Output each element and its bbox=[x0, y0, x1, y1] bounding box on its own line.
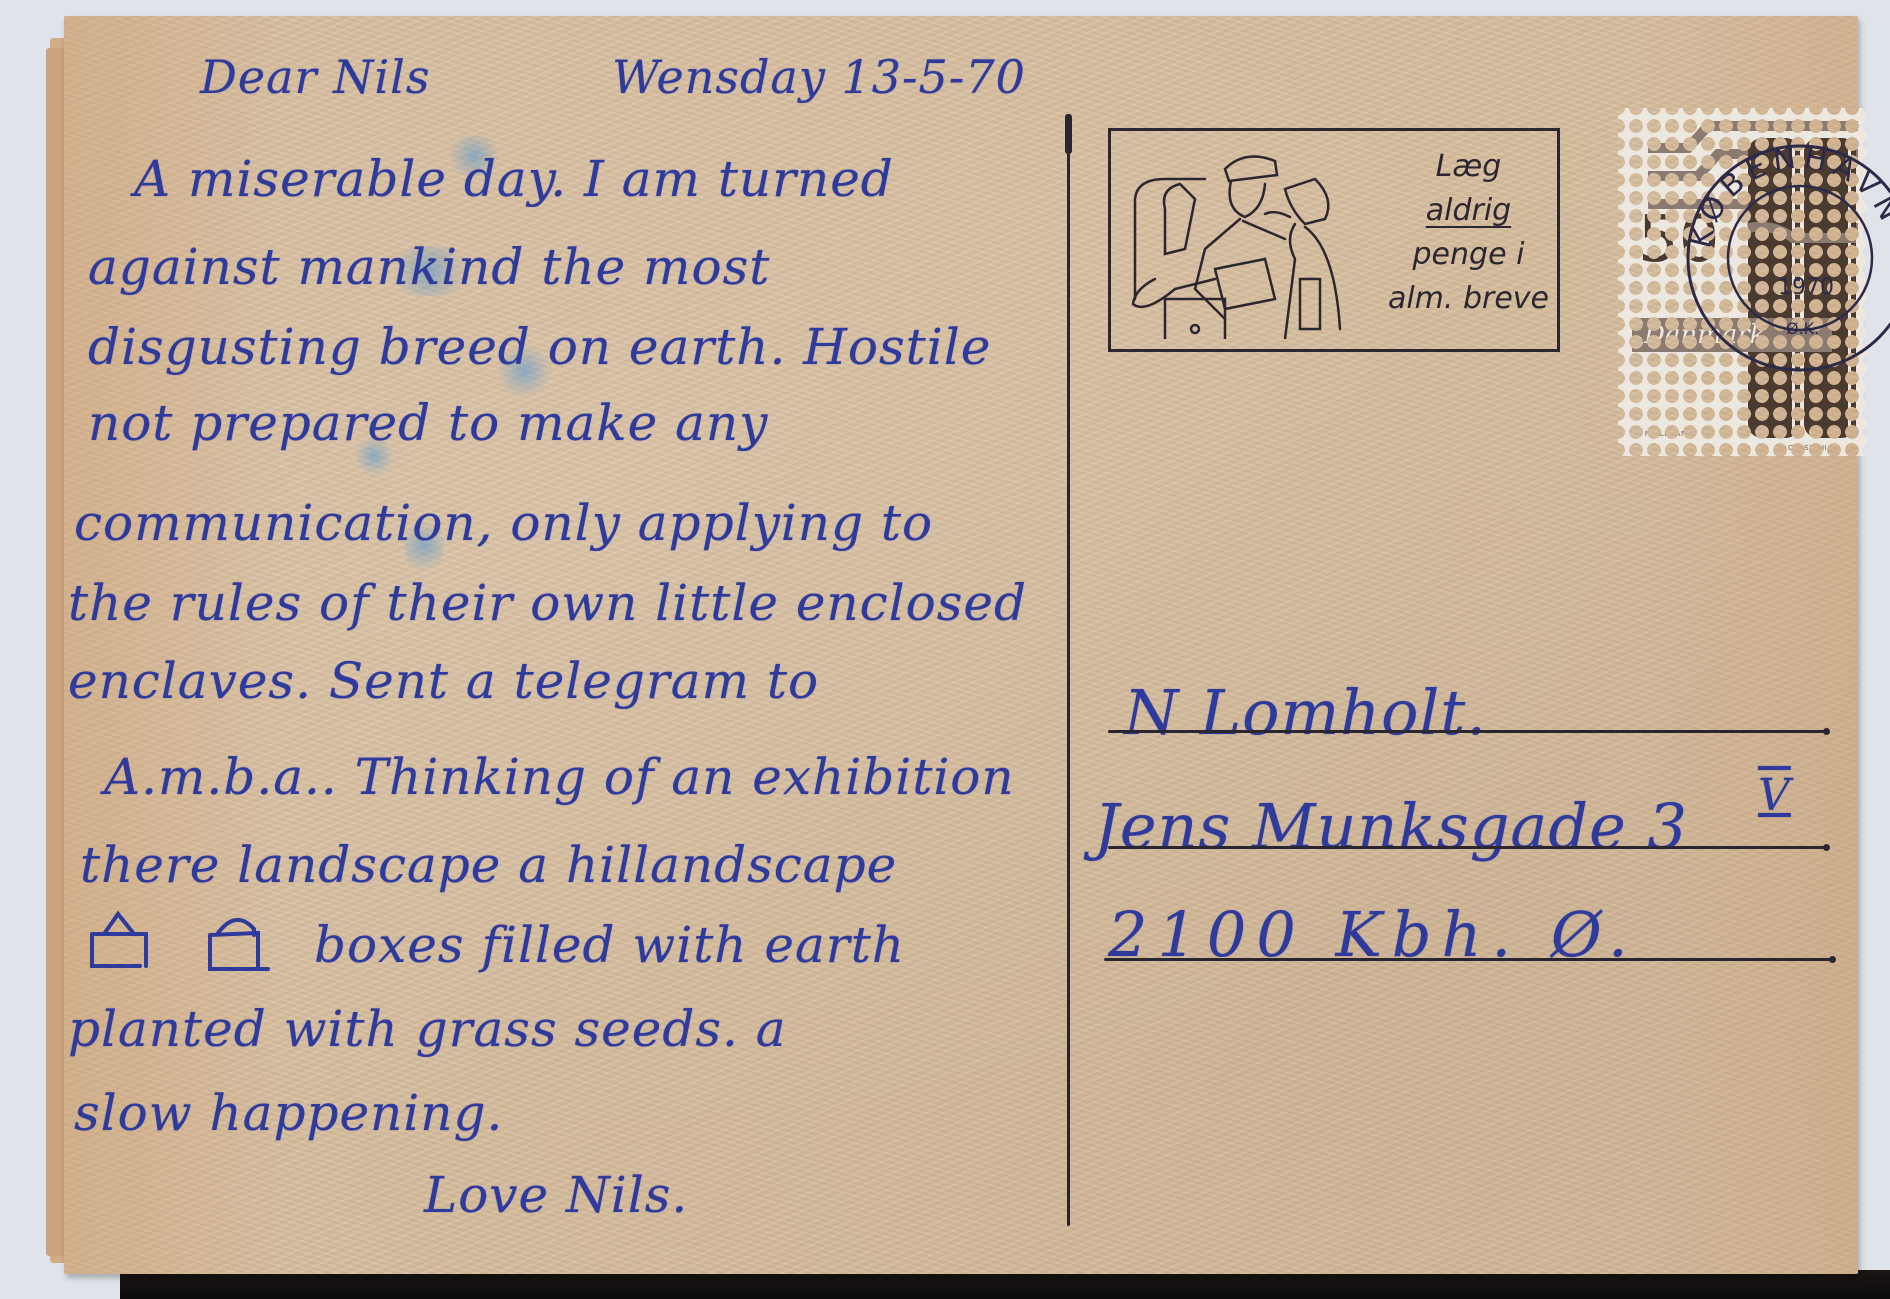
stamp-engraver-credit: CZ. SLANIA bbox=[1788, 444, 1833, 452]
message-line: planted with grass seeds. a bbox=[68, 1000, 787, 1058]
address-street: Jens Munksgade 3 bbox=[1094, 790, 1688, 863]
message-line: slow happening. bbox=[74, 1084, 503, 1142]
slogan-line: alm. breve bbox=[1388, 277, 1549, 321]
center-divider-line bbox=[1067, 114, 1070, 1226]
slogan-line: Læg bbox=[1388, 145, 1549, 189]
postman-and-man-illustration-icon bbox=[1125, 139, 1355, 339]
slogan-text: Læg aldrig penge i alm. breve bbox=[1388, 145, 1549, 321]
message-line: enclaves. Sent a telegram to bbox=[68, 652, 819, 710]
message-line: A.m.b.a.. Thinking of an exhibition bbox=[104, 748, 1015, 806]
stamp-designer-credit: B. NELLEMANN bbox=[1634, 430, 1692, 438]
cancellation-postmark-icon: KØBENHAVN 1970 17 Ø.K. bbox=[1676, 134, 1890, 382]
slogan-line: penge i bbox=[1388, 233, 1549, 277]
cancellation-suffix: Ø.K. bbox=[1786, 319, 1819, 338]
postcard: Dear Nils Wensday 13-5-70 A miserable da… bbox=[64, 16, 1858, 1274]
slogan-line-underlined: aldrig bbox=[1388, 189, 1549, 233]
svg-text:KØBENHAVN: KØBENHAVN bbox=[1683, 140, 1890, 251]
cancellation-city: KØBENHAVN bbox=[1683, 140, 1890, 251]
message-line: against mankind the most bbox=[88, 238, 770, 296]
address-line-3 bbox=[1104, 958, 1834, 961]
cancellation-year: 1970 bbox=[1778, 275, 1834, 300]
address-line-2 bbox=[1108, 846, 1828, 849]
message-line: communication, only applying to bbox=[74, 494, 933, 552]
table-shadow bbox=[120, 1270, 1890, 1299]
salutation: Dear Nils bbox=[200, 50, 430, 104]
address-line-1 bbox=[1108, 730, 1828, 733]
message-line: A miserable day. I am turned bbox=[134, 150, 894, 208]
address-name: N Lomholt. bbox=[1124, 676, 1487, 749]
closing-signature: Love Nils. bbox=[424, 1166, 688, 1224]
address-floor: V bbox=[1758, 770, 1791, 821]
box-sketch-pointed-icon bbox=[84, 906, 174, 976]
box-sketch-rounded-icon bbox=[202, 911, 292, 981]
date: Wensday 13-5-70 bbox=[612, 50, 1026, 104]
slogan-postmark: Læg aldrig penge i alm. breve bbox=[1108, 128, 1560, 352]
message-line: the rules of their own little enclosed bbox=[68, 574, 1027, 632]
message-line: there landscape a hillandscape bbox=[80, 836, 897, 894]
message-line: not prepared to make any bbox=[88, 394, 768, 452]
message-line: disgusting breed on earth. Hostile bbox=[88, 318, 991, 376]
message-line: boxes filled with earth bbox=[314, 916, 905, 974]
